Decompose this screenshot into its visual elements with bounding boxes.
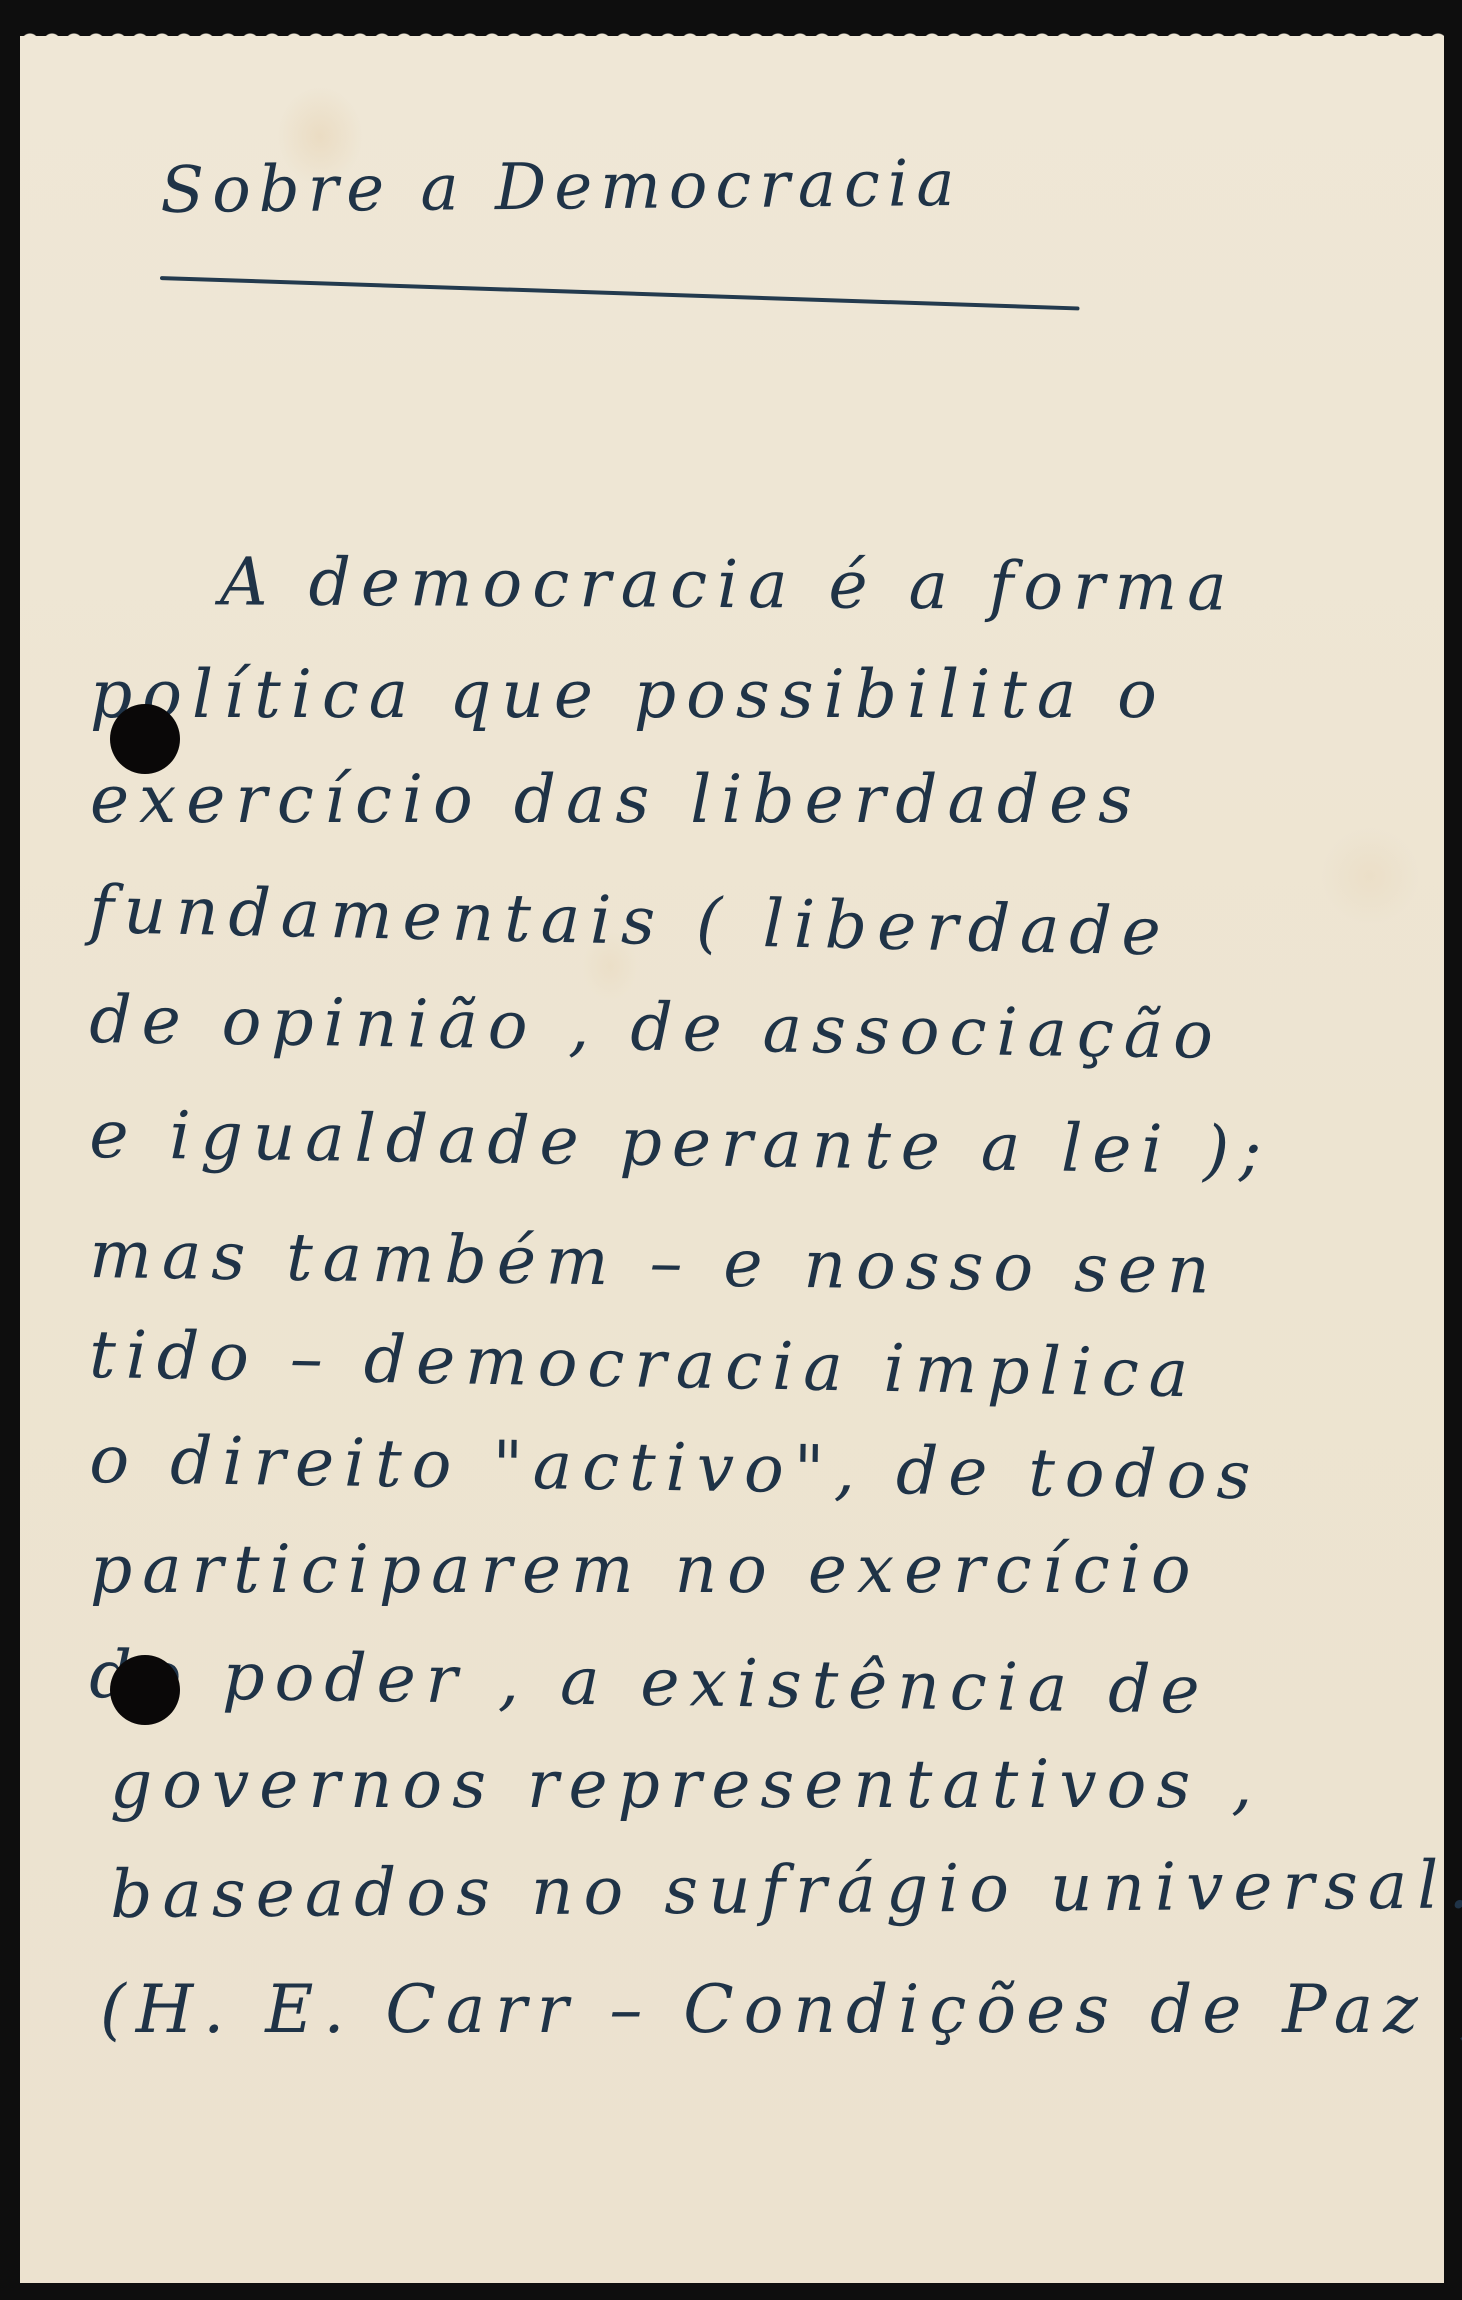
text-line-10: participarem no exercício bbox=[90, 1531, 1201, 1608]
text-line-6: e igualdade perante a lei ); bbox=[89, 1096, 1272, 1189]
text-line-8: tido – democracia implica bbox=[89, 1316, 1199, 1412]
torn-top-edge bbox=[20, 30, 1444, 42]
text-line-7: mas também – e nosso sen bbox=[89, 1216, 1220, 1309]
document-title: Sobre a Democracia bbox=[160, 147, 963, 228]
punch-hole-bottom bbox=[110, 1655, 180, 1725]
text-line-2: política que possibilita o bbox=[90, 656, 1167, 733]
paper-sheet: Sobre a Democracia A democracia é a form… bbox=[20, 36, 1444, 2283]
text-line-3: exercício das liberdades bbox=[90, 761, 1142, 838]
text-line-13: baseados no sufrágio universal. bbox=[110, 1846, 1462, 1933]
text-line-5: de opinião , de associação bbox=[89, 981, 1224, 1074]
text-line-4: fundamentais ( liberdade bbox=[88, 871, 1171, 971]
text-line-9: o direito "activo", de todos bbox=[89, 1421, 1261, 1514]
punch-hole-top bbox=[110, 704, 180, 774]
title-underline bbox=[160, 276, 1080, 311]
text-line-1: A democracia é a forma bbox=[220, 543, 1237, 625]
text-line-12: governos representativos , bbox=[110, 1746, 1262, 1823]
text-line-11: do poder , a existência de bbox=[89, 1636, 1210, 1729]
citation-line: (H. E. Carr – Condições de Paz , 16) bbox=[100, 1971, 1462, 2048]
